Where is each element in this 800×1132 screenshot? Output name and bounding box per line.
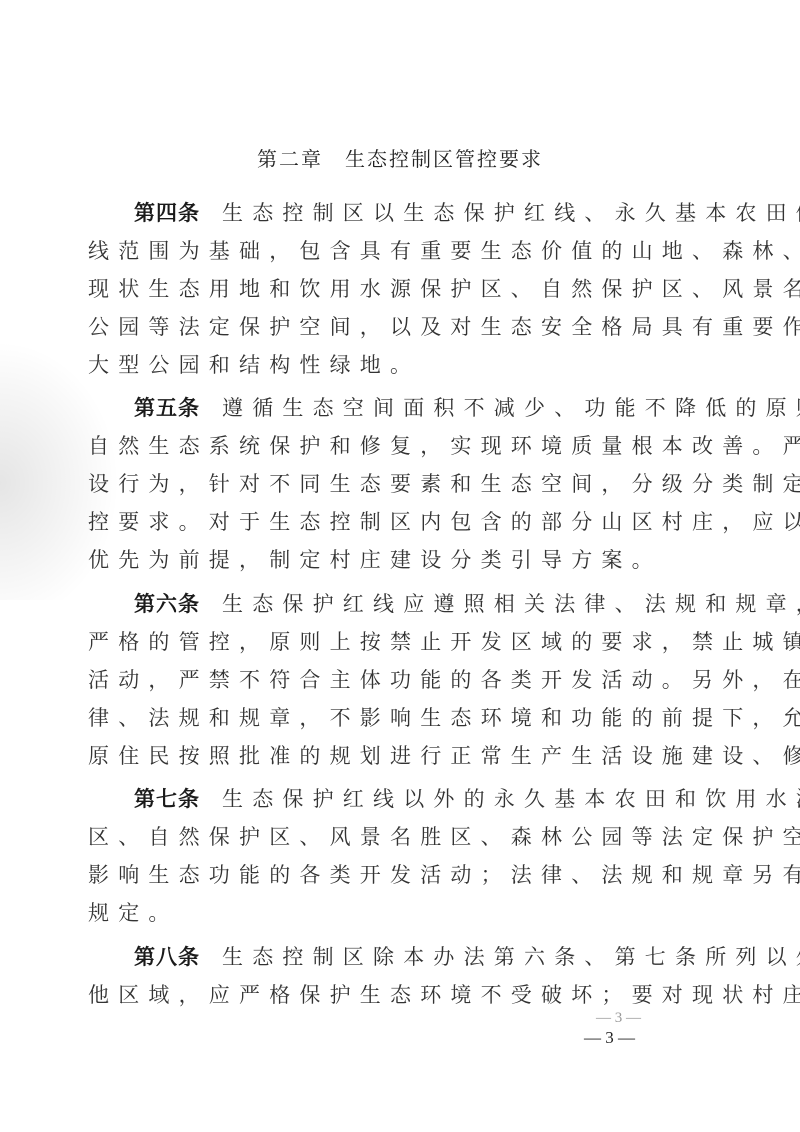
chapter-title: 生态控制区管控要求 (345, 147, 543, 171)
article-line: 影响生态功能的各类开发活动；法律、法规和规章另有规定的，从其 (88, 860, 696, 890)
article-line: 规定。 (88, 898, 696, 928)
page-number-bleed: — 3 — (596, 1010, 641, 1027)
article-line: 区、自然保护区、风景名胜区、森林公园等法定保护空间，严格管控 (88, 822, 696, 852)
chapter-heading: 第二章生态控制区管控要求 (0, 143, 800, 172)
article-label: 第八条 (134, 945, 200, 969)
article-line: 第七条生态保护红线以外的永久基本农田和饮用水源保护 (134, 784, 696, 814)
article-label: 第四条 (134, 201, 200, 225)
article-line: 活动，严禁不符合主体功能的各类开发活动。另外，在不违背法 (88, 665, 696, 695)
article-line: 自然生态系统保护和修复，实现环境质量根本改善。严格管控建 (88, 431, 696, 461)
article-line: 第五条遵循生态空间面积不减少、功能不降低的原则，促进 (134, 393, 696, 423)
page-number: — 3 — (584, 1028, 635, 1048)
article-line: 他区域，应严格保护生态环境不受破坏；要对现状村庄和建设进行 (88, 980, 696, 1010)
article-line: 优先为前提，制定村庄建设分类引导方案。 (88, 545, 696, 575)
chapter-number: 第二章 (257, 147, 323, 171)
article-line: 原住民按照批准的规划进行正常生产生活设施建设、修缮和改造。 (88, 741, 696, 771)
article-line: 控要求。对于生态控制区内包含的部分山区村庄，应以生态保护 (88, 507, 696, 537)
article-line: 第四条生态控制区以生态保护红线、永久基本农田保护红 (134, 198, 696, 228)
article-line: 大型公园和结构性绿地。 (88, 350, 696, 380)
article-line: 严格的管控，原则上按禁止开发区域的要求，禁止城镇化和工业化 (88, 627, 696, 657)
article-label: 第六条 (134, 592, 200, 616)
article-line: 第六条生态保护红线应遵照相关法律、法规和规章，实施最 (134, 589, 696, 619)
article-line: 公园等法定保护空间，以及对生态安全格局具有重要作用的部分 (88, 312, 696, 342)
article-line: 现状生态用地和饮用水源保护区、自然保护区、风景名胜区、森林 (88, 274, 696, 304)
article-line: 律、法规和规章，不影响生态环境和功能的前提下，允许现状村庄 (88, 703, 696, 733)
article-line: 第八条生态控制区除本办法第六条、第七条所列以外的其 (134, 942, 696, 972)
article-label: 第五条 (134, 396, 200, 420)
article-line: 线范围为基础，包含具有重要生态价值的山地、森林、河流、湖泊等 (88, 236, 696, 266)
article-line: 设行为，针对不同生态要素和生态空间，分级分类制定建设活动管 (88, 469, 696, 499)
article-label: 第七条 (134, 787, 200, 811)
